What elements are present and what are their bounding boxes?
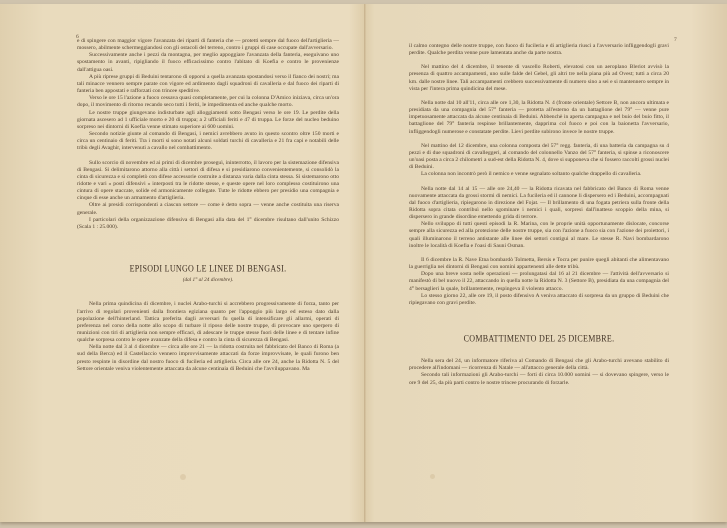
paragraph: Le nostre truppe giungevano indisturbate… [77,110,339,131]
section-heading: COMBATTIMENTO DEL 25 DICEMBRE. [409,334,669,342]
paragraph: Nel mattino del 12 dicembre, una colonna… [409,143,669,172]
paragraph: A più riprese gruppi di Beduini tentaron… [77,74,339,95]
paragraph: Oltre ai presidi corrispondenti a ciascu… [77,202,339,216]
left-page-text: e di spingere con maggior vigore l'avanz… [77,38,339,373]
right-page-text: il calmo contegno delle nostre truppe, c… [409,43,669,387]
paragraph: Secondo notizie giunte al comando di Ben… [77,131,339,152]
paragraph: Dopo una breve sosta nelle operazioni — … [409,271,669,292]
paragraph: e di spingere con maggior vigore l'avanz… [77,38,339,52]
paragraph: Nella sera del 24, un informatore riferi… [409,358,669,372]
paragraph: Nella notte dal 14 al 15 — alle ore 24,4… [409,186,669,222]
section-heading: EPISODI LUNGO LE LINEE DI BENGASI. [77,265,339,273]
paragraph: il calmo contegno delle nostre truppe, c… [409,43,669,57]
paragraph: Verso le ore 15 l'azione a fuoco cessava… [77,95,339,109]
section-subheading: (dal 1° al 24 dicembre). [77,277,339,284]
paragraph: Lo stesso giorno 22, alle ore 19, il pos… [409,293,669,307]
book-spread: 6 e di spingere con maggior vigore l'ava… [0,4,727,522]
left-page: 6 e di spingere con maggior vigore l'ava… [0,4,364,522]
paragraph: Secondo tali informazioni gli Arabo-turc… [409,372,669,386]
paragraph: I particolari della organizzazione difen… [77,217,339,231]
paragraph: Successivamente anche i pezzi da montagn… [77,52,339,73]
paragraph: Il 6 dicembre la R. Nave Etna bombardò T… [409,257,669,271]
paragraph: La colonna non incontrò però il nemico e… [409,171,669,178]
paragraph: Nella notte dal 3 al 4 dicembre — circa … [77,344,339,373]
right-page: 7 il calmo contegno delle nostre truppe,… [366,4,727,522]
paragraph: Sullo scorcio di novembre ed ai primi di… [77,160,339,203]
paragraph: Nella prima quindicina di dicembre, i nu… [77,301,339,344]
paragraph: Nello sviluppo di tutti questi episodi l… [409,221,669,250]
page-number: 7 [674,37,677,43]
paragraph: Nella notte dal 10 all'11, circa alle or… [409,100,669,136]
paragraph: Nel mattino del 4 dicembre, il tenente d… [409,64,669,93]
